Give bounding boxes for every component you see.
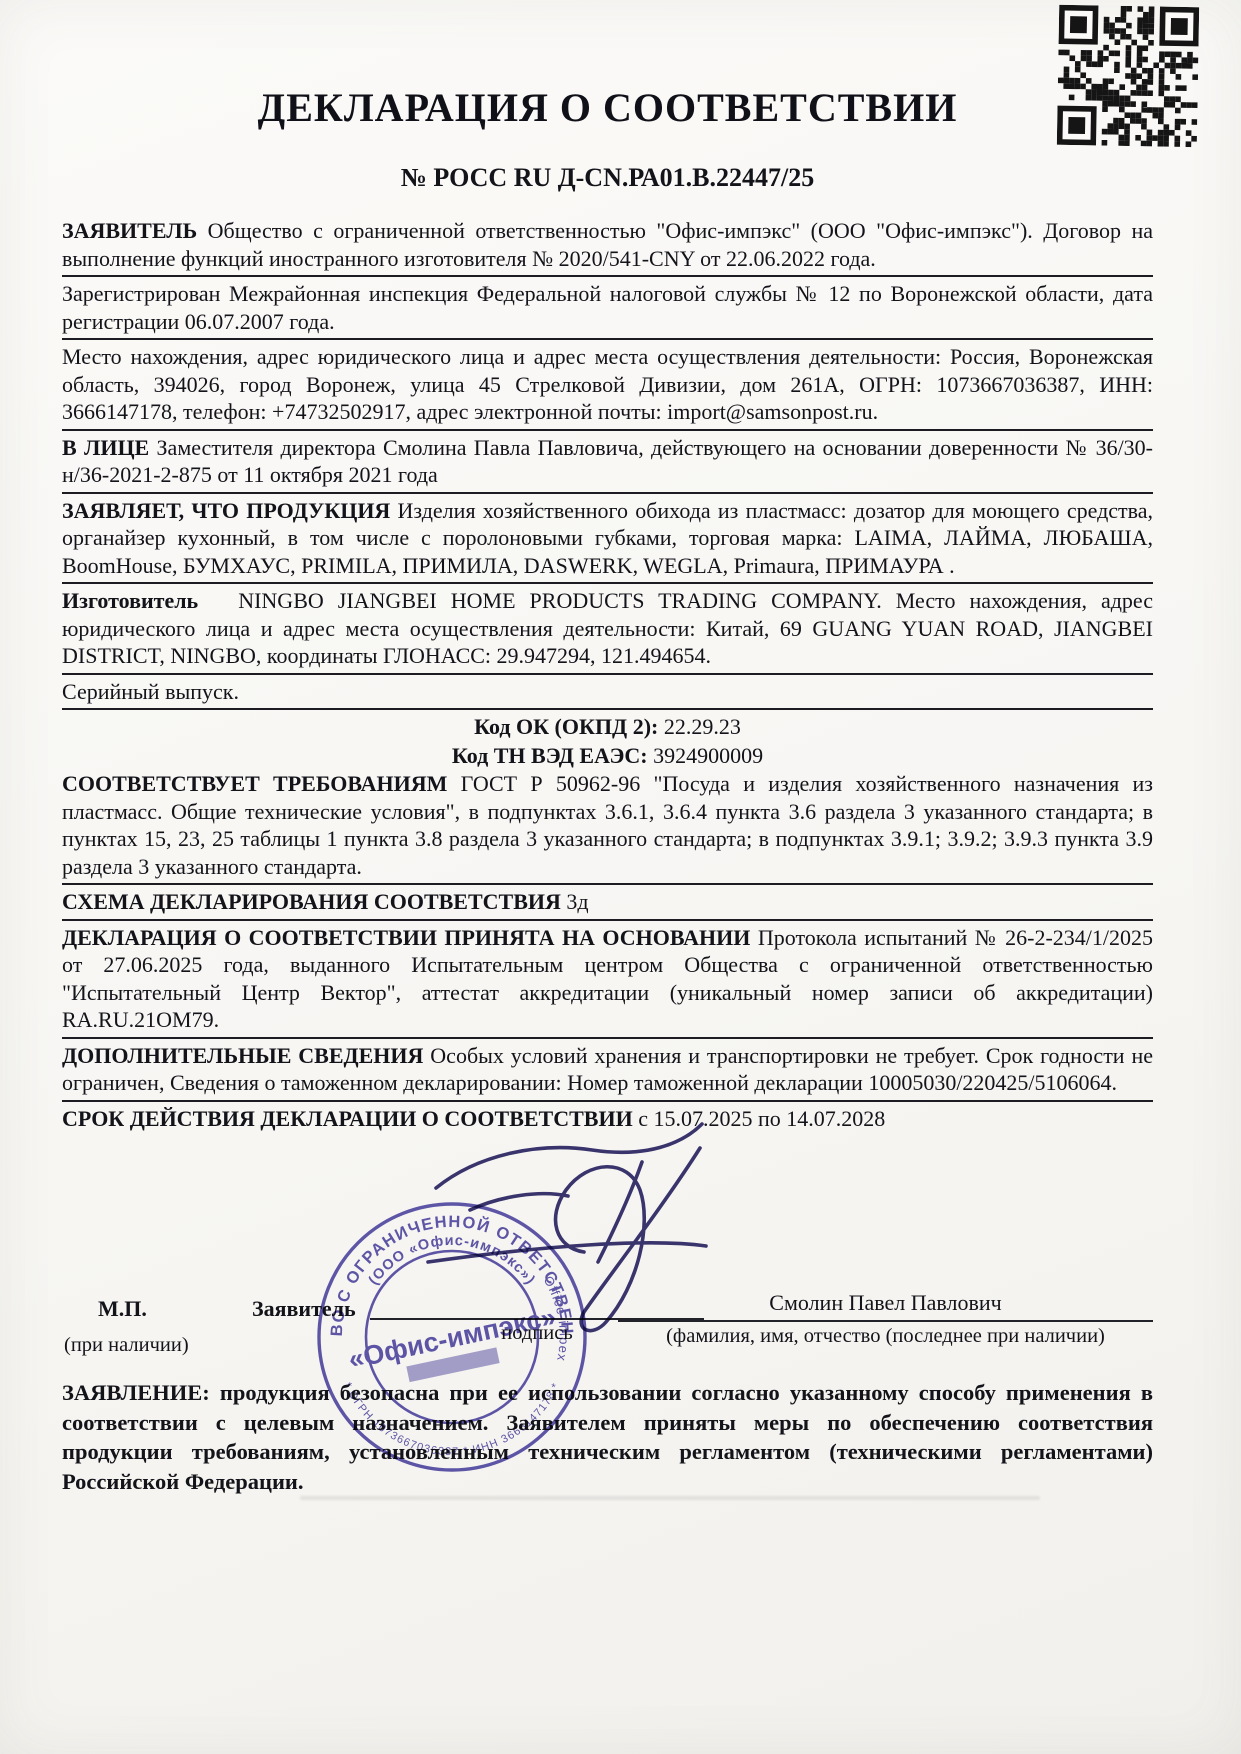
company-stamp: ОБЩЕСТВО С ОГРАНИЧЕННОЙ ОТВЕТСТВЕННОСТЬЮ… [302, 1187, 602, 1487]
document-number: № РОСС RU Д-CN.РА01.В.22447/25 [62, 164, 1153, 192]
statement-label: ЗАЯВЛЕНИЕ: [62, 1380, 210, 1405]
document-content: ДЕКЛАРАЦИЯ О СООТВЕТСТВИИ № РОСС RU Д-CN… [62, 0, 1153, 1132]
manufacturer-label: Изготовитель [62, 588, 198, 613]
applicant-label: ЗАЯВИТЕЛЬ [62, 218, 197, 243]
statement-paragraph: ЗАЯВЛЕНИЕ: продукция безопасна при ее ис… [62, 1378, 1153, 1496]
in-person-label: В ЛИЦЕ [62, 435, 149, 460]
code-tnved-label: Код ТН ВЭД ЕАЭС: [452, 743, 648, 768]
statement-text: продукция безопасна при ее использовании… [62, 1380, 1153, 1494]
location-text: Место нахождения, адрес юридического лиц… [62, 344, 1153, 424]
qr-code [1057, 5, 1199, 147]
document-title: ДЕКЛАРАЦИЯ О СООТВЕТСТВИИ [62, 86, 1153, 130]
manufacturer-text: NINGBO JIANGBEI HOME PRODUCTS TRADING CO… [62, 588, 1153, 668]
document-body: ЗАЯВИТЕЛЬ Общество с ограниченной ответс… [62, 216, 1153, 1132]
in-person-text: Заместителя директора Смолина Павла Павл… [62, 435, 1153, 488]
code-okpd-value: 22.29.23 [664, 714, 741, 739]
fio-caption: (фамилия, имя, отчество (последнее при н… [618, 1325, 1153, 1348]
applicant-text: Общество с ограниченной ответственностью… [62, 218, 1153, 271]
scheme-value: 3д [566, 889, 588, 914]
fio-wrap: Смолин Павел Павлович (фамилия, имя, отч… [618, 1290, 1153, 1348]
section-basis: ДЕКЛАРАЦИЯ О СООТВЕТСТВИИ ПРИНЯТА НА ОСН… [62, 923, 1153, 1039]
section-validity: СРОК ДЕЙСТВИЯ ДЕКЛАРАЦИИ О СООТВЕТСТВИИ … [62, 1104, 1153, 1133]
code-tnved-value: 3924900009 [653, 743, 763, 768]
code-tnved-line: Код ТН ВЭД ЕАЭС: 3924900009 [62, 741, 1153, 770]
validity-label: СРОК ДЕЙСТВИЯ ДЕКЛАРАЦИИ О СООТВЕТСТВИИ [62, 1106, 633, 1131]
scheme-label: СХЕМА ДЕКЛАРИРОВАНИЯ СООТВЕТСТВИЯ [62, 889, 561, 914]
validity-value: с 15.07.2025 по 14.07.2028 [638, 1106, 885, 1131]
section-additional: ДОПОЛНИТЕЛЬНЫЕ СВЕДЕНИЯ Особых условий х… [62, 1041, 1153, 1102]
section-manufacturer: Изготовитель NINGBO JIANGBEI HOME PRODUC… [62, 586, 1153, 675]
section-registered: Зарегистрирован Межрайонная инспекция Фе… [62, 279, 1153, 340]
section-applicant: ЗАЯВИТЕЛЬ Общество с ограниченной ответс… [62, 216, 1153, 277]
registered-text: Зарегистрирован Межрайонная инспекция Фе… [62, 281, 1153, 334]
section-scheme: СХЕМА ДЕКЛАРИРОВАНИЯ СООТВЕТСТВИЯ 3д [62, 887, 1153, 921]
basis-label: ДЕКЛАРАЦИЯ О СООТВЕТСТВИИ ПРИНЯТА НА ОСН… [62, 925, 750, 950]
additional-label: ДОПОЛНИТЕЛЬНЫЕ СВЕДЕНИЯ [62, 1043, 423, 1068]
signature-block: М.П. (при наличии) Заявитель подпись Смо… [62, 1290, 1153, 1390]
serial-text: Серийный выпуск. [62, 679, 239, 704]
mp-note: (при наличии) [64, 1334, 189, 1357]
document-page: ДЕКЛАРАЦИЯ О СООТВЕТСТВИИ № РОСС RU Д-CN… [0, 0, 1241, 1754]
mp-label: М.П. [98, 1296, 147, 1322]
declares-label: ЗАЯВЛЯЕТ, ЧТО ПРОДУКЦИЯ [62, 498, 390, 523]
section-location: Место нахождения, адрес юридического лиц… [62, 342, 1153, 431]
section-declares: ЗАЯВЛЯЕТ, ЧТО ПРОДУКЦИЯ Изделия хозяйств… [62, 496, 1153, 585]
code-okpd-label: Код ОК (ОКПД 2): [474, 714, 658, 739]
section-in-person: В ЛИЦЕ Заместителя директора Смолина Пав… [62, 433, 1153, 494]
section-serial: Серийный выпуск. [62, 677, 1153, 711]
conforms-label: СООТВЕТСТВУЕТ ТРЕБОВАНИЯМ [62, 771, 447, 796]
scan-artifact [300, 1496, 1040, 1500]
fio-name: Смолин Павел Павлович [618, 1290, 1153, 1322]
section-conforms: СООТВЕТСТВУЕТ ТРЕБОВАНИЯМ ГОСТ Р 50962-9… [62, 769, 1153, 885]
code-okpd-line: Код ОК (ОКПД 2): 22.29.23 [62, 712, 1153, 741]
